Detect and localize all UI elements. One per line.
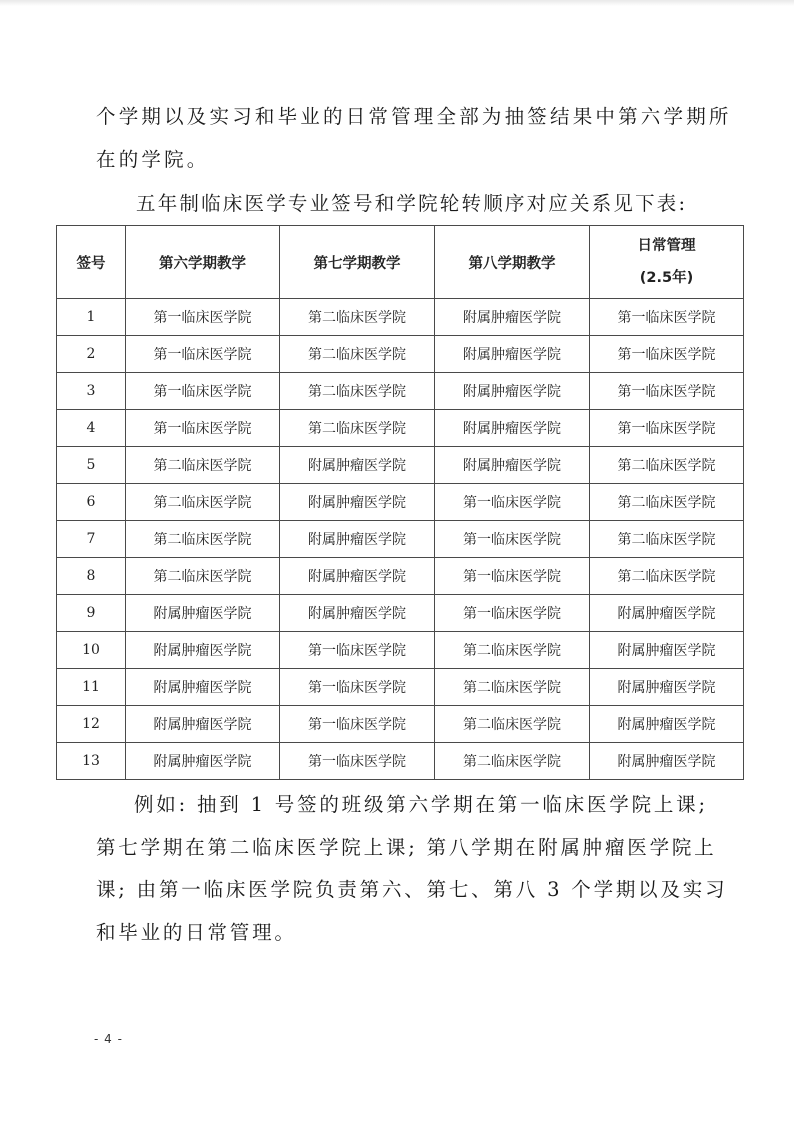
cell-sem7: 第二临床医学院 bbox=[280, 373, 435, 410]
example-paragraph-line: 课; 由第一临床医学院负责第六、第七、第八 3 个学期以及实习 bbox=[96, 871, 716, 908]
cell-sem8: 附属肿瘤医学院 bbox=[435, 447, 590, 484]
cell-sem8: 第一临床医学院 bbox=[435, 558, 590, 595]
cell-sem6: 附属肿瘤医学院 bbox=[126, 706, 280, 743]
cell-mgmt: 第一临床医学院 bbox=[590, 336, 744, 373]
header-semester-6: 第六学期教学 bbox=[126, 226, 280, 299]
page-number: - 4 - bbox=[94, 1032, 123, 1046]
cell-mgmt: 第一临床医学院 bbox=[590, 410, 744, 447]
cell-draw-number: 13 bbox=[57, 743, 126, 780]
table-row: 11附属肿瘤医学院第一临床医学院第二临床医学院附属肿瘤医学院 bbox=[57, 669, 744, 706]
table-row: 9附属肿瘤医学院附属肿瘤医学院第一临床医学院附属肿瘤医学院 bbox=[57, 595, 744, 632]
example-paragraph-line: 例如: 抽到 1 号签的班级第六学期在第一临床医学院上课; bbox=[134, 786, 754, 823]
cell-mgmt: 附属肿瘤医学院 bbox=[590, 706, 744, 743]
cell-sem6: 附属肿瘤医学院 bbox=[126, 632, 280, 669]
cell-draw-number: 11 bbox=[57, 669, 126, 706]
header-daily-management: 日常管理 (2.5年) bbox=[590, 226, 744, 299]
cell-mgmt: 第一临床医学院 bbox=[590, 373, 744, 410]
cell-mgmt: 第二临床医学院 bbox=[590, 447, 744, 484]
cell-sem7: 第一临床医学院 bbox=[280, 632, 435, 669]
cell-draw-number: 4 bbox=[57, 410, 126, 447]
cell-sem6: 第一临床医学院 bbox=[126, 299, 280, 336]
header-semester-7: 第七学期教学 bbox=[280, 226, 435, 299]
cell-sem6: 附属肿瘤医学院 bbox=[126, 743, 280, 780]
cell-sem7: 附属肿瘤医学院 bbox=[280, 484, 435, 521]
cell-sem8: 第一临床医学院 bbox=[435, 484, 590, 521]
cell-draw-number: 10 bbox=[57, 632, 126, 669]
cell-sem7: 第一临床医学院 bbox=[280, 669, 435, 706]
cell-sem7: 第一临床医学院 bbox=[280, 706, 435, 743]
example-paragraph-line: 第七学期在第二临床医学院上课; 第八学期在附属肿瘤医学院上 bbox=[96, 829, 716, 866]
cell-mgmt: 附属肿瘤医学院 bbox=[590, 669, 744, 706]
cell-draw-number: 2 bbox=[57, 336, 126, 373]
table-caption: 五年制临床医学专业签号和学院轮转顺序对应关系见下表: bbox=[136, 185, 746, 222]
cell-draw-number: 9 bbox=[57, 595, 126, 632]
table-row: 1第一临床医学院第二临床医学院附属肿瘤医学院第一临床医学院 bbox=[57, 299, 744, 336]
table-row: 12附属肿瘤医学院第一临床医学院第二临床医学院附属肿瘤医学院 bbox=[57, 706, 744, 743]
cell-sem7: 第二临床医学院 bbox=[280, 336, 435, 373]
cell-sem6: 附属肿瘤医学院 bbox=[126, 669, 280, 706]
cell-sem6: 第二临床医学院 bbox=[126, 447, 280, 484]
cell-sem7: 第一临床医学院 bbox=[280, 743, 435, 780]
cell-sem6: 第二临床医学院 bbox=[126, 484, 280, 521]
table-row: 2第一临床医学院第二临床医学院附属肿瘤医学院第一临床医学院 bbox=[57, 336, 744, 373]
cell-sem6: 第一临床医学院 bbox=[126, 336, 280, 373]
cell-mgmt: 第二临床医学院 bbox=[590, 558, 744, 595]
header-mgmt-duration: (2.5年) bbox=[590, 262, 743, 294]
cell-sem8: 附属肿瘤医学院 bbox=[435, 410, 590, 447]
table-row: 8第二临床医学院附属肿瘤医学院第一临床医学院第二临床医学院 bbox=[57, 558, 744, 595]
header-mgmt-title: 日常管理 bbox=[590, 230, 743, 262]
cell-mgmt: 附属肿瘤医学院 bbox=[590, 743, 744, 780]
cell-sem7: 附属肿瘤医学院 bbox=[280, 447, 435, 484]
table-row: 4第一临床医学院第二临床医学院附属肿瘤医学院第一临床医学院 bbox=[57, 410, 744, 447]
cell-draw-number: 3 bbox=[57, 373, 126, 410]
table-row: 7第二临床医学院附属肿瘤医学院第一临床医学院第二临床医学院 bbox=[57, 521, 744, 558]
cell-sem7: 附属肿瘤医学院 bbox=[280, 595, 435, 632]
cell-draw-number: 12 bbox=[57, 706, 126, 743]
table-row: 5第二临床医学院附属肿瘤医学院附属肿瘤医学院第二临床医学院 bbox=[57, 447, 744, 484]
cell-sem6: 第二临床医学院 bbox=[126, 558, 280, 595]
table-row: 13附属肿瘤医学院第一临床医学院第二临床医学院附属肿瘤医学院 bbox=[57, 743, 744, 780]
cell-sem7: 附属肿瘤医学院 bbox=[280, 521, 435, 558]
cell-sem7: 第二临床医学院 bbox=[280, 410, 435, 447]
page-edge bbox=[0, 0, 794, 6]
cell-sem8: 第二临床医学院 bbox=[435, 669, 590, 706]
table-row: 6第二临床医学院附属肿瘤医学院第一临床医学院第二临床医学院 bbox=[57, 484, 744, 521]
example-paragraph-line: 和毕业的日常管理。 bbox=[96, 914, 716, 951]
table-header-row: 签号 第六学期教学 第七学期教学 第八学期教学 日常管理 (2.5年) bbox=[57, 226, 744, 299]
cell-sem6: 附属肿瘤医学院 bbox=[126, 595, 280, 632]
cell-sem6: 第一临床医学院 bbox=[126, 373, 280, 410]
cell-sem8: 第二临床医学院 bbox=[435, 706, 590, 743]
table-row: 3第一临床医学院第二临床医学院附属肿瘤医学院第一临床医学院 bbox=[57, 373, 744, 410]
cell-sem6: 第一临床医学院 bbox=[126, 410, 280, 447]
cell-sem8: 第一临床医学院 bbox=[435, 521, 590, 558]
cell-draw-number: 6 bbox=[57, 484, 126, 521]
rotation-table: 签号 第六学期教学 第七学期教学 第八学期教学 日常管理 (2.5年) 1第一临… bbox=[56, 225, 744, 780]
cell-sem8: 附属肿瘤医学院 bbox=[435, 299, 590, 336]
cell-sem8: 第一临床医学院 bbox=[435, 595, 590, 632]
cell-sem7: 附属肿瘤医学院 bbox=[280, 558, 435, 595]
header-semester-8: 第八学期教学 bbox=[435, 226, 590, 299]
cell-sem8: 第二临床医学院 bbox=[435, 632, 590, 669]
intro-paragraph-line: 个学期以及实习和毕业的日常管理全部为抽签结果中第六学期所 bbox=[96, 98, 706, 135]
cell-sem6: 第二临床医学院 bbox=[126, 521, 280, 558]
cell-sem8: 附属肿瘤医学院 bbox=[435, 373, 590, 410]
table-row: 10附属肿瘤医学院第一临床医学院第二临床医学院附属肿瘤医学院 bbox=[57, 632, 744, 669]
cell-mgmt: 第二临床医学院 bbox=[590, 521, 744, 558]
cell-draw-number: 1 bbox=[57, 299, 126, 336]
cell-mgmt: 附属肿瘤医学院 bbox=[590, 632, 744, 669]
cell-draw-number: 8 bbox=[57, 558, 126, 595]
cell-sem8: 第二临床医学院 bbox=[435, 743, 590, 780]
cell-mgmt: 附属肿瘤医学院 bbox=[590, 595, 744, 632]
header-draw-number: 签号 bbox=[57, 226, 126, 299]
cell-mgmt: 第二临床医学院 bbox=[590, 484, 744, 521]
cell-sem7: 第二临床医学院 bbox=[280, 299, 435, 336]
cell-mgmt: 第一临床医学院 bbox=[590, 299, 744, 336]
cell-draw-number: 7 bbox=[57, 521, 126, 558]
cell-draw-number: 5 bbox=[57, 447, 126, 484]
cell-sem8: 附属肿瘤医学院 bbox=[435, 336, 590, 373]
intro-paragraph-line: 在的学院。 bbox=[96, 141, 706, 178]
